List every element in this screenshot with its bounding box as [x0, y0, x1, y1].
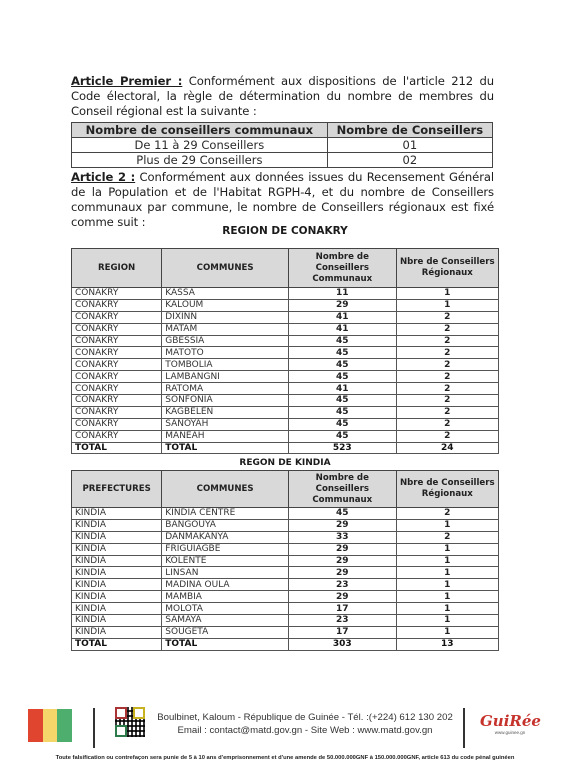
cell-region: CONAKRY: [72, 359, 162, 371]
cell-commune: KINDIA CENTRE: [162, 508, 289, 520]
table-row: CONAKRYKAGBELEN452: [72, 406, 499, 418]
kindia-table: PREFECTURESCOMMUNESNombre de Conseillers…: [71, 470, 499, 651]
table-row: KINDIASAMAYA231: [72, 615, 499, 627]
cell-conseillers-communaux: 45: [289, 335, 397, 347]
total-cell: TOTAL: [72, 638, 162, 650]
cell-conseillers-regionaux: 1: [396, 567, 498, 579]
cell-commune: SAMAYA: [162, 615, 289, 627]
cell-conseillers-communaux: 45: [289, 508, 397, 520]
cell-conseillers-communaux: 29: [289, 591, 397, 603]
cell-region: KINDIA: [72, 567, 162, 579]
cell-conseillers-communaux: 23: [289, 615, 397, 627]
table-row: Plus de 29 Conseillers 02: [72, 153, 493, 168]
cell-commune: LINSAN: [162, 567, 289, 579]
total-cell: TOTAL: [162, 442, 289, 454]
table-row: CONAKRYSONFONIA452: [72, 395, 499, 407]
cell-region: CONAKRY: [72, 299, 162, 311]
cell-conseillers-regionaux: 1: [396, 615, 498, 627]
cell-region: KINDIA: [72, 626, 162, 638]
cell-conseillers-regionaux: 1: [396, 288, 498, 300]
rule-range: De 11 à 29 Conseillers: [72, 138, 328, 153]
table-row: KINDIABANGOUYA291: [72, 519, 499, 531]
cell-conseillers-communaux: 41: [289, 323, 397, 335]
flag-red-band: [28, 709, 43, 742]
cell-conseillers-communaux: 17: [289, 603, 397, 615]
cell-conseillers-regionaux: 2: [396, 406, 498, 418]
cell-commune: KOLENTE: [162, 555, 289, 567]
cell-region: CONAKRY: [72, 335, 162, 347]
cell-conseillers-regionaux: 2: [396, 323, 498, 335]
total-cell: TOTAL: [162, 638, 289, 650]
legal-disclaimer: Toute falsification ou contrefaçon sera …: [0, 755, 570, 761]
cell-region: KINDIA: [72, 615, 162, 627]
cell-region: CONAKRY: [72, 311, 162, 323]
header-conseillers-regionaux: Nbre de Conseillers Régionaux: [396, 249, 498, 288]
cell-conseillers-communaux: 29: [289, 543, 397, 555]
cell-conseillers-regionaux: 1: [396, 579, 498, 591]
footer-divider: [93, 708, 95, 748]
cell-conseillers-communaux: 45: [289, 347, 397, 359]
cell-conseillers-regionaux: 2: [396, 359, 498, 371]
table-row: CONAKRYGBESSIA452: [72, 335, 499, 347]
cell-commune: DIXINN: [162, 311, 289, 323]
cell-conseillers-regionaux: 2: [396, 508, 498, 520]
cell-commune: TOMBOLIA: [162, 359, 289, 371]
cell-conseillers-regionaux: 2: [396, 430, 498, 442]
table-row: CONAKRYTOMBOLIA452: [72, 359, 499, 371]
cell-commune: BANGOUYA: [162, 519, 289, 531]
cell-conseillers-regionaux: 1: [396, 299, 498, 311]
cell-conseillers-regionaux: 2: [396, 383, 498, 395]
cell-commune: SONFONIA: [162, 395, 289, 407]
article-premier-label: Article Premier :: [71, 74, 182, 88]
cell-conseillers-regionaux: 2: [396, 418, 498, 430]
cell-conseillers-regionaux: 1: [396, 555, 498, 567]
guinea-flag-icon: [28, 709, 72, 742]
article-2-text: Conformément aux données issues du Recen…: [71, 170, 494, 229]
table-row: CONAKRYLAMBANGNI452: [72, 371, 499, 383]
cell-conseillers-communaux: 23: [289, 579, 397, 591]
cell-region: KINDIA: [72, 603, 162, 615]
cell-conseillers-communaux: 33: [289, 531, 397, 543]
article-2-label: Article 2 :: [71, 170, 135, 184]
header-conseillers-communaux: Nombre de Conseillers Communaux: [289, 249, 397, 288]
footer: Boulbinet, Kaloum - République de Guinée…: [0, 700, 570, 770]
footer-divider: [463, 708, 465, 748]
header-conseillers-regionaux: Nbre de Conseillers Régionaux: [396, 471, 498, 508]
cell-conseillers-communaux: 45: [289, 395, 397, 407]
table-row: KINDIAKOLENTE291: [72, 555, 499, 567]
cell-region: CONAKRY: [72, 406, 162, 418]
header-region: PREFECTURES: [72, 471, 162, 508]
cell-region: KINDIA: [72, 555, 162, 567]
cell-region: CONAKRY: [72, 430, 162, 442]
conakry-title: REGION DE CONAKRY: [0, 225, 570, 237]
cell-commune: MATAM: [162, 323, 289, 335]
cell-region: KINDIA: [72, 531, 162, 543]
cell-commune: LAMBANGNI: [162, 371, 289, 383]
cell-conseillers-regionaux: 2: [396, 395, 498, 407]
brand-url: www.guinee.gn: [480, 730, 540, 735]
table-row: CONAKRYMATOTO452: [72, 347, 499, 359]
table-row: KINDIAMAMBIA291: [72, 591, 499, 603]
cell-conseillers-communaux: 29: [289, 519, 397, 531]
cell-conseillers-communaux: 29: [289, 555, 397, 567]
guinee-brand-logo: GuiRée www.guinee.gn: [480, 712, 540, 735]
rule-count: 01: [327, 138, 492, 153]
cell-region: CONAKRY: [72, 383, 162, 395]
conakry-table: REGIONCOMMUNESNombre de Conseillers Comm…: [71, 248, 499, 454]
cell-conseillers-regionaux: 2: [396, 335, 498, 347]
cell-commune: KALOUM: [162, 299, 289, 311]
cell-commune: MATOTO: [162, 347, 289, 359]
footer-address: Boulbinet, Kaloum - République de Guinée…: [150, 711, 460, 724]
cell-commune: KAGBELEN: [162, 406, 289, 418]
qr-code-icon: [115, 707, 145, 737]
cell-conseillers-regionaux: 1: [396, 591, 498, 603]
table-row: KINDIADANMAKANYA332: [72, 531, 499, 543]
total-cell: 523: [289, 442, 397, 454]
cell-region: CONAKRY: [72, 347, 162, 359]
cell-conseillers-regionaux: 2: [396, 311, 498, 323]
article-premier: Article Premier : Conformément aux dispo…: [71, 74, 494, 119]
total-cell: TOTAL: [72, 442, 162, 454]
cell-region: KINDIA: [72, 508, 162, 520]
table-row: KINDIAFRIGUIAGBE291: [72, 543, 499, 555]
cell-conseillers-regionaux: 2: [396, 347, 498, 359]
cell-region: CONAKRY: [72, 288, 162, 300]
cell-conseillers-regionaux: 2: [396, 531, 498, 543]
rule-header-communaux: Nombre de conseillers communaux: [72, 123, 328, 138]
cell-conseillers-communaux: 45: [289, 371, 397, 383]
footer-contact: Boulbinet, Kaloum - République de Guinée…: [150, 711, 460, 737]
cell-conseillers-regionaux: 1: [396, 519, 498, 531]
cell-commune: MANEAH: [162, 430, 289, 442]
cell-commune: GBESSIA: [162, 335, 289, 347]
cell-commune: SOUGETA: [162, 626, 289, 638]
rule-table: Nombre de conseillers communaux Nombre d…: [71, 122, 493, 168]
footer-email-web: Email : contact@matd.gov.gn - Site Web :…: [150, 724, 460, 737]
article-2: Article 2 : Conformément aux données iss…: [71, 170, 494, 230]
cell-region: CONAKRY: [72, 323, 162, 335]
total-cell: 13: [396, 638, 498, 650]
cell-conseillers-communaux: 45: [289, 359, 397, 371]
cell-commune: MOLOTA: [162, 603, 289, 615]
total-row: TOTALTOTAL52324: [72, 442, 499, 454]
cell-region: CONAKRY: [72, 395, 162, 407]
rule-header-conseillers: Nombre de Conseillers: [327, 123, 492, 138]
total-cell: 24: [396, 442, 498, 454]
kindia-title: REGON DE KINDIA: [0, 458, 570, 468]
header-communes: COMMUNES: [162, 249, 289, 288]
table-row: CONAKRYDIXINN412: [72, 311, 499, 323]
table-row: KINDIASOUGETA171: [72, 626, 499, 638]
document-page: Article Premier : Conformément aux dispo…: [0, 0, 570, 770]
flag-green-band: [57, 709, 72, 742]
total-row: TOTALTOTAL30313: [72, 638, 499, 650]
table-row: CONAKRYKASSA111: [72, 288, 499, 300]
cell-conseillers-communaux: 45: [289, 430, 397, 442]
total-cell: 303: [289, 638, 397, 650]
cell-conseillers-regionaux: 1: [396, 603, 498, 615]
header-communes: COMMUNES: [162, 471, 289, 508]
cell-region: KINDIA: [72, 543, 162, 555]
table-row: CONAKRYKALOUM291: [72, 299, 499, 311]
cell-region: KINDIA: [72, 519, 162, 531]
cell-conseillers-regionaux: 2: [396, 371, 498, 383]
cell-commune: FRIGUIAGBE: [162, 543, 289, 555]
table-row: CONAKRYMANEAH452: [72, 430, 499, 442]
table-row: KINDIAKINDIA CENTRE452: [72, 508, 499, 520]
cell-region: KINDIA: [72, 591, 162, 603]
rule-range: Plus de 29 Conseillers: [72, 153, 328, 168]
flag-yellow-band: [43, 709, 58, 742]
brand-logo-text: GuiRée: [480, 712, 540, 730]
cell-region: CONAKRY: [72, 371, 162, 383]
cell-commune: MADINA OULA: [162, 579, 289, 591]
cell-commune: MAMBIA: [162, 591, 289, 603]
cell-conseillers-communaux: 29: [289, 299, 397, 311]
cell-commune: KASSA: [162, 288, 289, 300]
cell-commune: RATOMA: [162, 383, 289, 395]
cell-conseillers-communaux: 29: [289, 567, 397, 579]
table-row: CONAKRYMATAM412: [72, 323, 499, 335]
table-row: CONAKRYRATOMA412: [72, 383, 499, 395]
cell-conseillers-communaux: 45: [289, 406, 397, 418]
header-conseillers-communaux: Nombre de Conseillers Communaux: [289, 471, 397, 508]
table-row: KINDIALINSAN291: [72, 567, 499, 579]
cell-conseillers-communaux: 41: [289, 311, 397, 323]
table-row: CONAKRYSANOYAH452: [72, 418, 499, 430]
cell-region: CONAKRY: [72, 418, 162, 430]
cell-conseillers-communaux: 45: [289, 418, 397, 430]
rule-count: 02: [327, 153, 492, 168]
table-row: KINDIAMOLOTA171: [72, 603, 499, 615]
cell-conseillers-regionaux: 1: [396, 626, 498, 638]
cell-region: KINDIA: [72, 579, 162, 591]
cell-conseillers-communaux: 11: [289, 288, 397, 300]
cell-conseillers-regionaux: 1: [396, 543, 498, 555]
cell-commune: SANOYAH: [162, 418, 289, 430]
cell-conseillers-communaux: 41: [289, 383, 397, 395]
cell-conseillers-communaux: 17: [289, 626, 397, 638]
cell-commune: DANMAKANYA: [162, 531, 289, 543]
header-region: REGION: [72, 249, 162, 288]
table-row: De 11 à 29 Conseillers 01: [72, 138, 493, 153]
table-row: KINDIAMADINA OULA231: [72, 579, 499, 591]
